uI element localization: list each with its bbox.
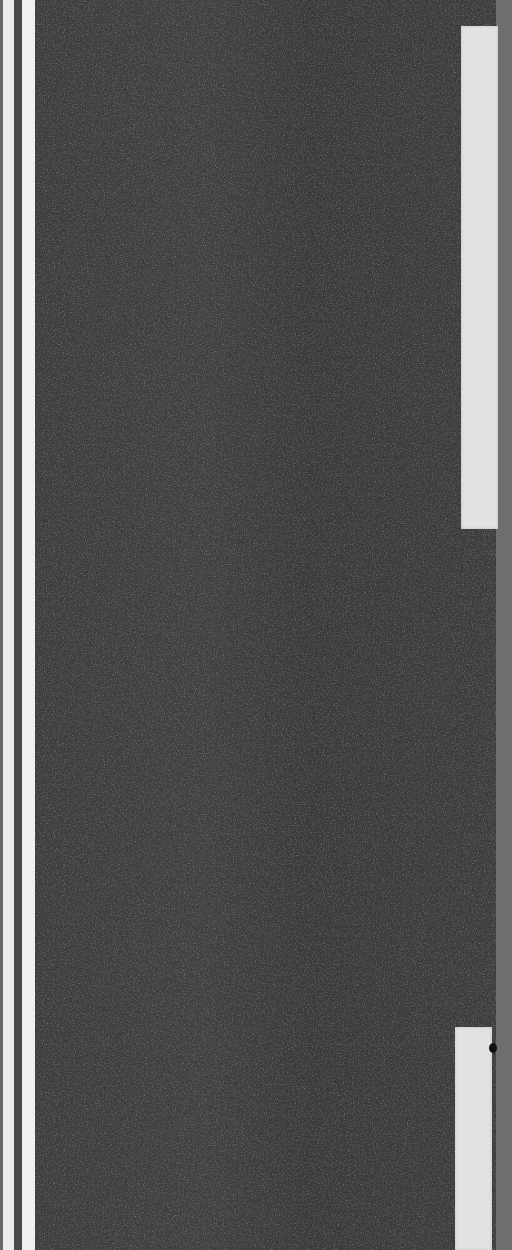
left-solid-line-outer: [3, 0, 14, 1250]
left-solid-line-inner: [22, 0, 35, 1250]
asphalt-texture: [0, 0, 512, 1250]
dashed-marking-upper: [461, 26, 498, 529]
right-shoulder: [496, 0, 512, 1250]
road-scene: [0, 0, 512, 1250]
road-stain: [489, 1043, 497, 1053]
dashed-marking-lower: [455, 1027, 492, 1250]
